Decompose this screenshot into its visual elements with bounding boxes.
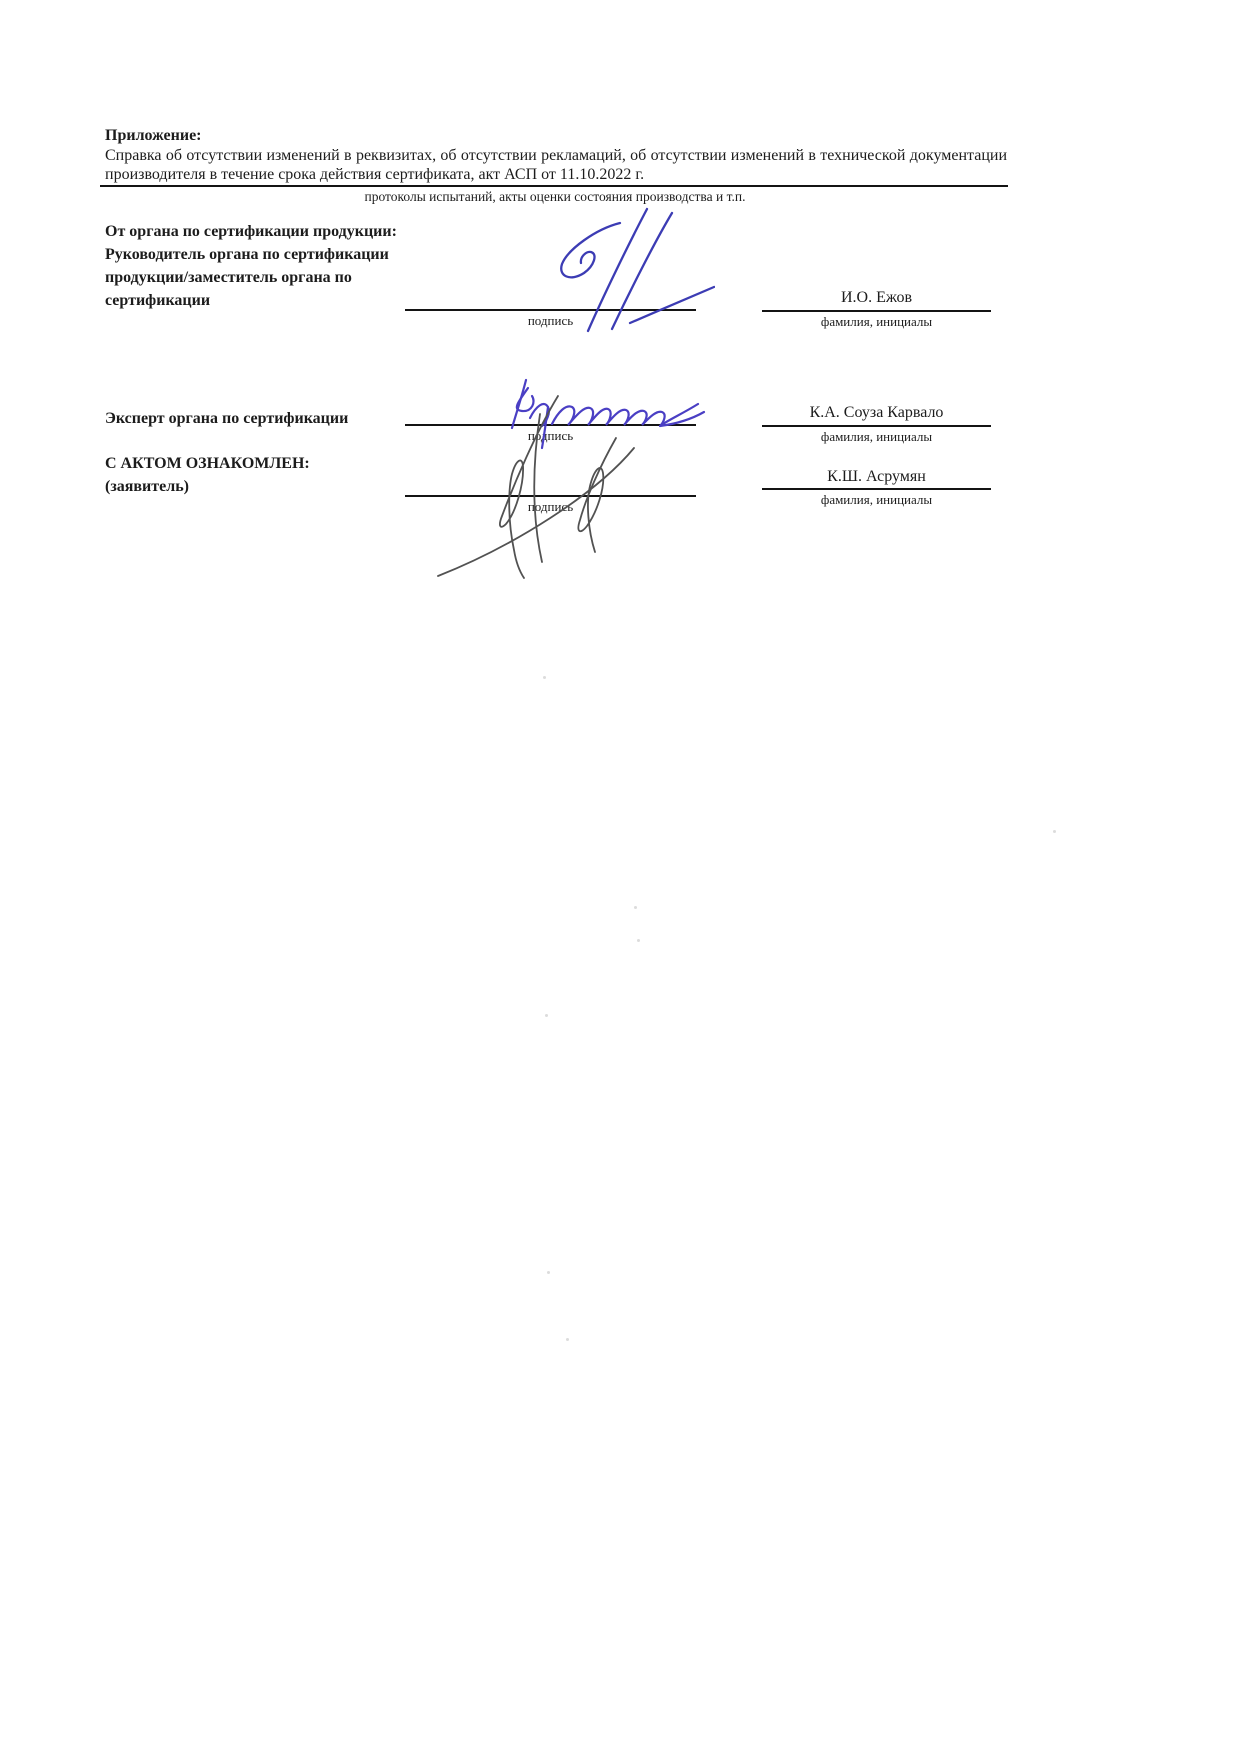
row-label-expert: Эксперт органа по сертификации <box>105 407 407 430</box>
handwritten-signature-3-pencil-icon <box>418 388 653 586</box>
signer-name-3: К.Ш. Асрумян <box>762 468 991 486</box>
name-caption-3: фамилия, инициалы <box>762 492 991 508</box>
row3-label-role: (заявитель) <box>105 475 407 498</box>
signature-line-2 <box>405 424 696 426</box>
scan-speck <box>547 1271 550 1274</box>
signature-line-1 <box>405 309 696 311</box>
row1-label-role: Руководитель органа по сертификации прод… <box>105 243 407 312</box>
signature-line-3 <box>405 495 696 497</box>
appendix-fill-line <box>100 185 1008 187</box>
scan-speck <box>545 1014 548 1017</box>
scan-speck <box>566 1338 569 1341</box>
signer-name-1: И.О. Ежов <box>762 289 991 307</box>
appendix-heading: Приложение: <box>105 127 1007 145</box>
appendix-line-caption: протоколы испытаний, акты оценки состоян… <box>105 189 1005 205</box>
row-label-cert-body-head: От органа по сертификации продукции: Рук… <box>105 220 407 312</box>
signature-caption-3: подпись <box>405 499 696 515</box>
scan-speck <box>634 906 637 909</box>
document-page: Приложение: Справка об отсутствии измене… <box>0 0 1240 1754</box>
scan-speck <box>1053 830 1056 833</box>
signer-name-2: К.А. Соуза Карвало <box>762 404 991 422</box>
name-line-3 <box>762 488 991 490</box>
row1-label-intro: От органа по сертификации продукции: <box>105 220 407 243</box>
name-caption-2: фамилия, инициалы <box>762 429 991 445</box>
name-line-1 <box>762 310 991 312</box>
name-caption-1: фамилия, инициалы <box>762 314 991 330</box>
signature-caption-2: подпись <box>405 428 696 444</box>
signature-caption-1: подпись <box>405 313 696 329</box>
appendix-body-text: Справка об отсутствии изменений в реквиз… <box>105 146 1007 184</box>
row3-label-intro: С АКТОМ ОЗНАКОМЛЕН: <box>105 452 407 475</box>
name-line-2 <box>762 425 991 427</box>
row2-label-role: Эксперт органа по сертификации <box>105 407 407 430</box>
scan-speck <box>543 676 546 679</box>
row-label-applicant: С АКТОМ ОЗНАКОМЛЕН: (заявитель) <box>105 452 407 498</box>
scan-speck <box>637 939 640 942</box>
